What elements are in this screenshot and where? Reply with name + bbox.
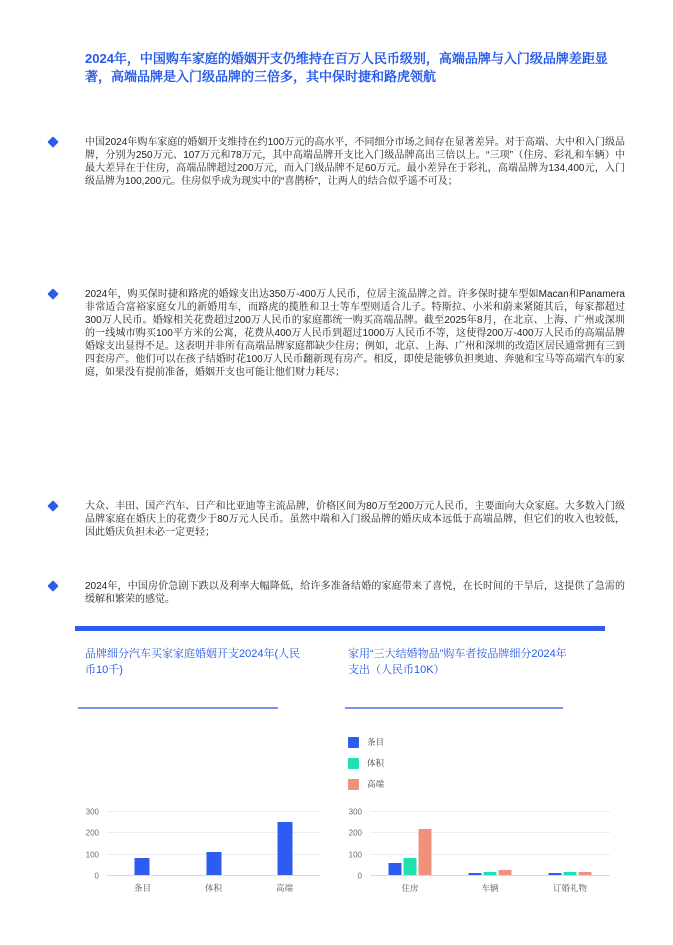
x-axis: 住房车辆订婚礼物	[370, 876, 610, 894]
x-tick-label: 体积	[205, 882, 222, 894]
bullet-text: 中国2024年购车家庭的婚姻开支维持在约100万元的高水平，不同细分市场之间存在…	[85, 136, 625, 188]
report-page: 2024年，中国购车家庭的婚姻开支仍维持在百万人民币级别，高端品牌与入门级品牌差…	[0, 0, 673, 945]
gridline	[370, 811, 610, 812]
bar	[206, 852, 221, 875]
x-tick-label: 订婚礼物	[553, 882, 587, 894]
right-bar-chart: 0100200300 住房车辆订婚礼物	[348, 812, 610, 896]
bar-group	[277, 822, 292, 875]
bar-group	[469, 870, 512, 875]
y-tick-label: 100	[349, 850, 362, 859]
legend-swatch	[348, 779, 359, 790]
bar-条目	[549, 873, 562, 875]
bullet-text: 2024年，中国房价急剧下跌以及利率大幅降低，给许多准备结婚的家庭带来了喜悦，在…	[85, 580, 625, 606]
y-tick-label: 200	[86, 829, 99, 838]
y-tick-label: 0	[95, 872, 99, 881]
y-tick-label: 300	[86, 808, 99, 817]
bullet-paragraph: 中国2024年购车家庭的婚姻开支维持在约100万元的高水平，不同细分市场之间存在…	[47, 136, 625, 188]
bar-高端	[418, 829, 431, 876]
diamond-bullet-icon	[47, 288, 58, 299]
diamond-bullet-icon	[47, 500, 58, 511]
x-tick-label: 条目	[134, 882, 151, 894]
left-title-underline	[78, 707, 278, 709]
page-title: 2024年，中国购车家庭的婚姻开支仍维持在百万人民币级别，高端品牌与入门级品牌差…	[85, 50, 609, 85]
bar-group	[549, 872, 592, 875]
plot-area	[370, 812, 610, 876]
legend-label: 高端	[367, 778, 384, 790]
section-divider	[75, 626, 605, 631]
bar-高端	[579, 872, 592, 875]
right-chart-title: 家用“三大结婚物品”购车者按品牌细分2024年支出（人民币10K）	[348, 647, 572, 678]
diamond-bullet-icon	[47, 136, 58, 147]
legend-item: 高端	[348, 778, 384, 790]
gridline	[107, 811, 320, 812]
bar-体积	[403, 858, 416, 875]
y-tick-label: 200	[349, 829, 362, 838]
x-tick-label: 高端	[276, 882, 293, 894]
bar-体积	[484, 872, 497, 875]
x-tick-label: 住房	[401, 882, 418, 894]
y-tick-label: 300	[349, 808, 362, 817]
bullet-paragraph: 2024年，中国房价急剧下跌以及利率大幅降低，给许多准备结婚的家庭带来了喜悦，在…	[47, 580, 625, 606]
diamond-bullet-icon	[47, 580, 58, 591]
right-title-underline	[345, 707, 563, 709]
legend-item: 条目	[348, 736, 384, 748]
bullet-paragraph: 大众、丰田、国产汽车、日产和比亚迪等主流品牌，价格区间为80万至200万元人民币…	[47, 500, 625, 539]
legend-swatch	[348, 737, 359, 748]
bar-group	[388, 829, 431, 876]
legend-label: 条目	[367, 736, 384, 748]
y-axis: 0100200300	[85, 812, 103, 876]
legend-swatch	[348, 758, 359, 769]
bar-高端	[499, 870, 512, 875]
x-axis: 条目体积高端	[107, 876, 320, 894]
bullet-text: 大众、丰田、国产汽车、日产和比亚迪等主流品牌，价格区间为80万至200万元人民币…	[85, 500, 625, 539]
plot-area	[107, 812, 320, 876]
bar-group	[206, 852, 221, 875]
left-bar-chart: 0100200300 条目体积高端	[85, 812, 320, 896]
bar-group	[135, 858, 150, 875]
bar-条目	[469, 873, 482, 875]
bar	[277, 822, 292, 875]
bullet-paragraph: 2024年，购买保时捷和路虎的婚嫁支出达350万-400万人民币，位居主流品牌之…	[47, 288, 625, 379]
bar	[135, 858, 150, 875]
legend-label: 体积	[367, 757, 384, 769]
y-tick-label: 100	[86, 850, 99, 859]
y-axis: 0100200300	[348, 812, 366, 876]
legend-item: 体积	[348, 757, 384, 769]
left-chart-title: 品牌细分汽车买家家庭婚姻开支2024年(人民币10千)	[85, 647, 303, 678]
bar-条目	[388, 863, 401, 875]
bar-体积	[564, 872, 577, 875]
y-tick-label: 0	[358, 872, 362, 881]
chart-legend: 条目体积高端	[348, 736, 384, 799]
x-tick-label: 车辆	[481, 882, 498, 894]
bullet-text: 2024年，购买保时捷和路虎的婚嫁支出达350万-400万人民币，位居主流品牌之…	[85, 288, 625, 379]
